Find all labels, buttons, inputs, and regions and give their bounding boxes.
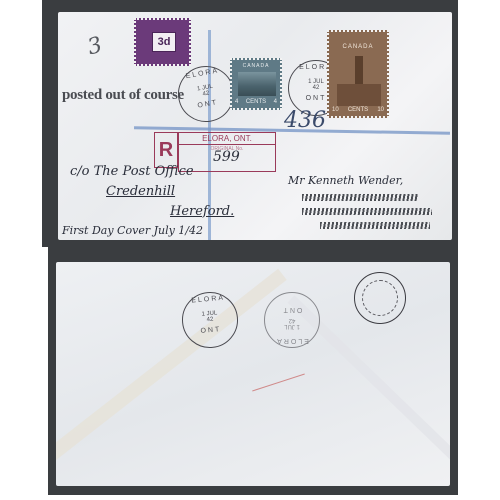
postmark-town: ELORA — [181, 294, 235, 306]
postmark-province: ONT — [265, 306, 319, 313]
stamp-denomination: 10CENTS10 — [332, 107, 384, 113]
stamp-country: CANADA — [329, 44, 387, 50]
stamp-10-cents: CANADA 10CENTS10 — [327, 30, 389, 118]
recipient-address-obliterated-3 — [320, 222, 430, 229]
postmark-province: ONT — [184, 325, 238, 337]
back-postmark-arrival — [354, 272, 406, 324]
envelope-flap-left — [56, 269, 287, 465]
envelope-front: 3d 3 posted out of course ELORA 1 JUL 42… — [58, 12, 452, 240]
handwritten-number: 436 — [284, 108, 326, 133]
stamp-building-image — [337, 84, 381, 106]
postmark-inner-ring — [362, 280, 398, 316]
postmark-year: 42 — [265, 317, 319, 323]
postmark-date: 1 JUL — [265, 323, 319, 329]
stamp-country: CANADA — [232, 63, 280, 69]
postmark-town: ELORA — [265, 337, 319, 344]
stamp-ship-image — [238, 72, 276, 96]
registration-office: ELORA, ONT. — [179, 133, 275, 145]
postmark-elora-1: ELORA 1 JUL 42 ONT — [174, 62, 239, 127]
back-postmark-elora-2: ELORA 1 JUL 42 ONT — [264, 292, 320, 348]
stamp-4-cents: CANADA 4CENTS4 — [230, 58, 282, 110]
first-day-cover-note: First Day Cover July 1/42 — [62, 224, 203, 237]
envelope-back: ELORA 1 JUL 42 ONT ELORA 1 JUL 42 ONT — [56, 262, 450, 486]
stamp-value: 3d — [158, 36, 171, 48]
registration-letter: R — [159, 139, 173, 161]
stamp-value-box: 3d — [152, 32, 176, 52]
postmark-town: ELORA — [175, 66, 229, 82]
postage-due-stamp: 3d — [134, 18, 191, 66]
sender-line-1: c/o The Post Office — [70, 164, 194, 179]
sender-line-3: Hereford. — [170, 204, 234, 219]
handwritten-due: 3 — [85, 33, 105, 61]
recipient-address-obliterated-1 — [302, 194, 418, 201]
registration-number: 599 — [213, 149, 309, 165]
red-pencil-mark — [252, 374, 305, 392]
stamp-denomination: 4CENTS4 — [235, 99, 277, 105]
registration-r-box: R — [154, 132, 178, 168]
sender-line-2: Credenhill — [106, 184, 175, 199]
handstamp-posted-out-of-course: posted out of course — [62, 87, 184, 104]
recipient-address-obliterated-2 — [302, 208, 432, 215]
recipient-name: Mr Kenneth Wender, — [288, 174, 403, 187]
